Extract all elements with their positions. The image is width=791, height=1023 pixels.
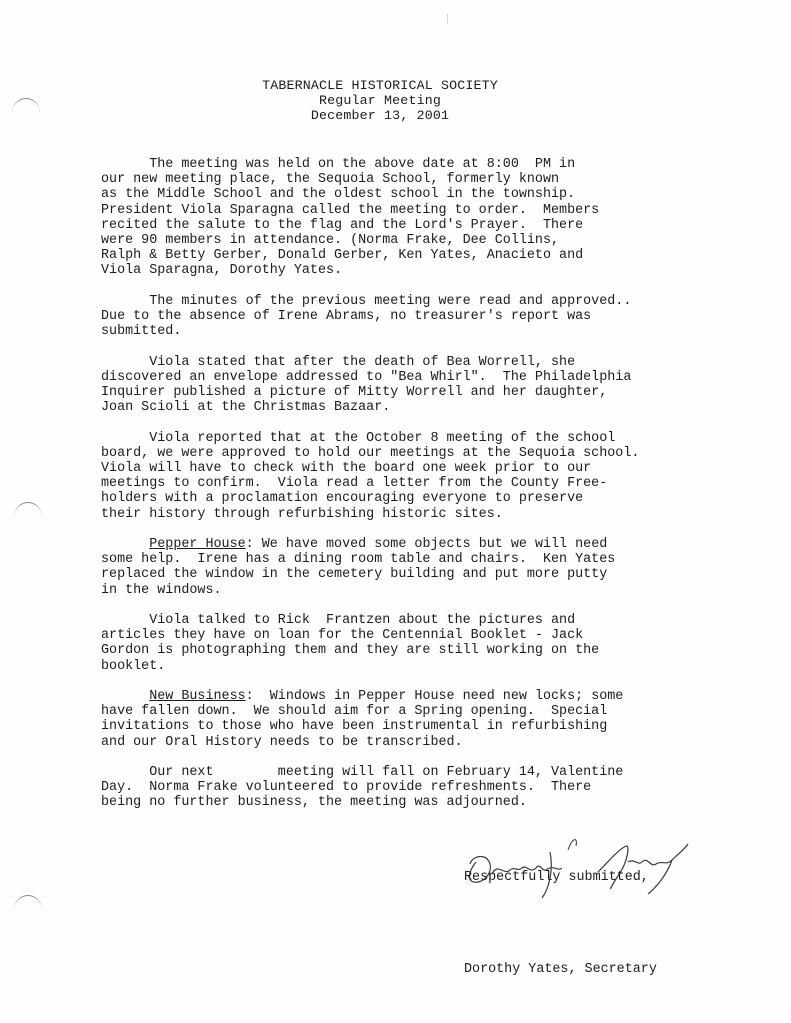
paragraph-line: New Business: Windows in Pepper House ne…	[101, 689, 751, 704]
paragraph-line: Day. Norma Frake volunteered to provide …	[101, 780, 751, 795]
paragraph-line: Viola talked to Rick Frantzen about the …	[101, 613, 751, 628]
paragraph-line: submitted.	[101, 324, 751, 339]
paragraph-line: articles they have on loan for the Cente…	[101, 628, 751, 643]
paragraph-line: discovered an envelope addressed to "Bea…	[101, 370, 751, 385]
paragraph-line: meetings to confirm. Viola read a letter…	[101, 476, 751, 491]
paragraph-line: Gordon is photographing them and they ar…	[101, 643, 751, 658]
section-heading: Pepper House	[149, 537, 245, 552]
paragraph-line: booklet.	[101, 659, 751, 674]
paragraph: Viola reported that at the October 8 mee…	[101, 431, 751, 522]
paragraph: Viola stated that after the death of Bea…	[101, 355, 751, 416]
scanned-page: TABERNACLE HISTORICAL SOCIETY Regular Me…	[0, 0, 791, 1023]
paragraph-line: were 90 members in attendance. (Norma Fr…	[101, 233, 751, 248]
paragraph: New Business: Windows in Pepper House ne…	[101, 689, 751, 750]
paragraph-line: our new meeting place, the Sequoia Schoo…	[101, 172, 751, 187]
signer-name: Dorothy Yates, Secretary	[464, 962, 657, 977]
paragraph-line: Viola Sparagna, Dorothy Yates.	[101, 263, 751, 278]
paragraph: The minutes of the previous meeting were…	[101, 294, 751, 340]
punch-hole-mark	[14, 502, 42, 517]
paragraph-line: Due to the absence of Irene Abrams, no t…	[101, 309, 751, 324]
document-header: TABERNACLE HISTORICAL SOCIETY Regular Me…	[0, 78, 760, 123]
paragraph-line: some help. Irene has a dining room table…	[101, 552, 751, 567]
closing-block: Respectfully submitted, Dorothy Yates, S…	[464, 840, 657, 1007]
organization-title: TABERNACLE HISTORICAL SOCIETY	[0, 78, 760, 93]
paragraph-line: and our Oral History needs to be transcr…	[101, 735, 751, 750]
punch-hole-mark	[14, 895, 42, 910]
meeting-date: December 13, 2001	[0, 108, 760, 123]
paragraph-line: Pepper House: We have moved some objects…	[101, 537, 751, 552]
paragraph-line: being no further business, the meeting w…	[101, 795, 751, 810]
paragraph-line: have fallen down. We should aim for a Sp…	[101, 704, 751, 719]
paragraph-line: President Viola Sparagna called the meet…	[101, 203, 751, 218]
minutes-body: The meeting was held on the above date a…	[101, 157, 751, 826]
paragraph: Pepper House: We have moved some objects…	[101, 537, 751, 598]
scan-artifact	[447, 14, 448, 24]
paragraph: Viola talked to Rick Frantzen about the …	[101, 613, 751, 674]
meeting-type: Regular Meeting	[0, 93, 760, 108]
paragraph-line: as the Middle School and the oldest scho…	[101, 187, 751, 202]
paragraph-line: Inquirer published a picture of Mitty Wo…	[101, 385, 751, 400]
paragraph-line: Our next meeting will fall on February 1…	[101, 765, 751, 780]
paragraph-line: The minutes of the previous meeting were…	[101, 294, 751, 309]
paragraph-line: Ralph & Betty Gerber, Donald Gerber, Ken…	[101, 248, 751, 263]
paragraph: The meeting was held on the above date a…	[101, 157, 751, 279]
paragraph-line: recited the salute to the flag and the L…	[101, 218, 751, 233]
paragraph-line: Viola will have to check with the board …	[101, 461, 751, 476]
section-heading: New Business	[149, 689, 245, 704]
paragraph-line: their history through refurbishing histo…	[101, 507, 751, 522]
paragraph-line: Viola reported that at the October 8 mee…	[101, 431, 751, 446]
closing-salutation: Respectfully submitted,	[464, 870, 657, 885]
paragraph-line: Joan Scioli at the Christmas Bazaar.	[101, 400, 751, 415]
paragraph-line: board, we were approved to hold our meet…	[101, 446, 751, 461]
paragraph-line: Viola stated that after the death of Bea…	[101, 355, 751, 370]
paragraph-line: holders with a proclamation encouraging …	[101, 491, 751, 506]
paragraph-line: invitations to those who have been instr…	[101, 719, 751, 734]
paragraph-line: in the windows.	[101, 583, 751, 598]
paragraph-line: The meeting was held on the above date a…	[101, 157, 751, 172]
paragraph: Our next meeting will fall on February 1…	[101, 765, 751, 811]
paragraph-line: replaced the window in the cemetery buil…	[101, 567, 751, 582]
